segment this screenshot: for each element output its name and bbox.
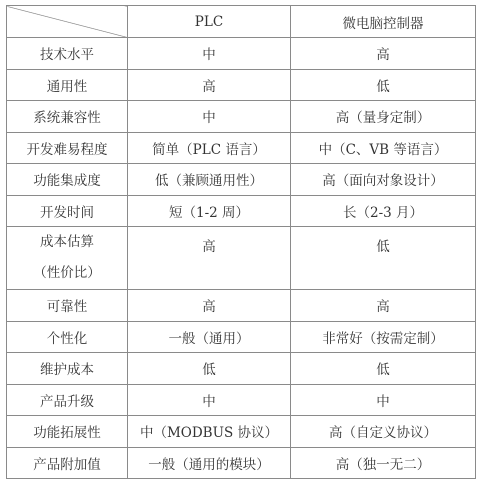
table-row: 功能拓展性 中（MODBUS 协议） 高（自定义协议）	[7, 416, 476, 448]
header-row: PLC 微电脑控制器	[7, 6, 476, 38]
row-label: 开发时间	[7, 195, 128, 227]
mcu-value: 长（2-3 月）	[291, 195, 476, 227]
plc-value: 高	[128, 227, 291, 290]
row-label: 产品升级	[7, 384, 128, 416]
mcu-value: 非常好（按需定制）	[291, 321, 476, 353]
plc-value: 中	[128, 38, 291, 70]
row-label: 功能集成度	[7, 164, 128, 196]
diagonal-corner-cell	[7, 6, 128, 38]
row-label: 可靠性	[7, 290, 128, 322]
row-label: 个性化	[7, 321, 128, 353]
plc-value: 中	[128, 384, 291, 416]
mcu-value: 低	[291, 353, 476, 385]
header-mcu: 微电脑控制器	[291, 6, 476, 38]
plc-value: 简单（PLC 语言）	[128, 132, 291, 164]
row-label: 技术水平	[7, 38, 128, 70]
row-label: 开发难易程度	[7, 132, 128, 164]
table-row: 通用性 高 低	[7, 69, 476, 101]
plc-value: 低	[128, 353, 291, 385]
row-label: 维护成本	[7, 353, 128, 385]
mcu-value: 高	[291, 38, 476, 70]
mcu-value: 低	[291, 69, 476, 101]
table-row: 开发时间 短（1-2 周） 长（2-3 月）	[7, 195, 476, 227]
plc-value: 低（兼顾通用性）	[128, 164, 291, 196]
plc-value: 一般（通用）	[128, 321, 291, 353]
plc-value: 短（1-2 周）	[128, 195, 291, 227]
row-label: 成本估算 （性价比）	[7, 227, 128, 290]
plc-value: 中	[128, 101, 291, 133]
mcu-value: 低	[291, 227, 476, 290]
table-row: 个性化 一般（通用） 非常好（按需定制）	[7, 321, 476, 353]
comparison-table: PLC 微电脑控制器 技术水平 中 高 通用性 高 低 系统兼容性 中 高（量身…	[6, 5, 476, 479]
mcu-value: 高（量身定制）	[291, 101, 476, 133]
mcu-value: 高（面向对象设计）	[291, 164, 476, 196]
row-label-line1: 成本估算	[7, 227, 127, 258]
table-row: 可靠性 高 高	[7, 290, 476, 322]
mcu-value: 中（C、VB 等语言）	[291, 132, 476, 164]
plc-value: 高	[128, 290, 291, 322]
row-label: 系统兼容性	[7, 101, 128, 133]
mcu-value: 中	[291, 384, 476, 416]
plc-value: 一般（通用的模块）	[128, 447, 291, 479]
row-label: 产品附加值	[7, 447, 128, 479]
mcu-value: 高（独一无二）	[291, 447, 476, 479]
mcu-value: 高（自定义协议）	[291, 416, 476, 448]
table-row: 功能集成度 低（兼顾通用性） 高（面向对象设计）	[7, 164, 476, 196]
plc-value: 高	[128, 69, 291, 101]
header-plc: PLC	[128, 6, 291, 38]
plc-value-text: 高	[128, 235, 290, 255]
mcu-value: 高	[291, 290, 476, 322]
table-row: 维护成本 低 低	[7, 353, 476, 385]
row-label: 功能拓展性	[7, 416, 128, 448]
row-label: 通用性	[7, 69, 128, 101]
table-row: 系统兼容性 中 高（量身定制）	[7, 101, 476, 133]
table-row: 产品附加值 一般（通用的模块） 高（独一无二）	[7, 447, 476, 479]
mcu-value-text: 低	[291, 235, 475, 255]
table-row: 成本估算 （性价比） 高 低	[7, 227, 476, 290]
table-row: 开发难易程度 简单（PLC 语言） 中（C、VB 等语言）	[7, 132, 476, 164]
table-row: 产品升级 中 中	[7, 384, 476, 416]
row-label-line2: （性价比）	[7, 258, 127, 289]
plc-value: 中（MODBUS 协议）	[128, 416, 291, 448]
table-row: 技术水平 中 高	[7, 38, 476, 70]
